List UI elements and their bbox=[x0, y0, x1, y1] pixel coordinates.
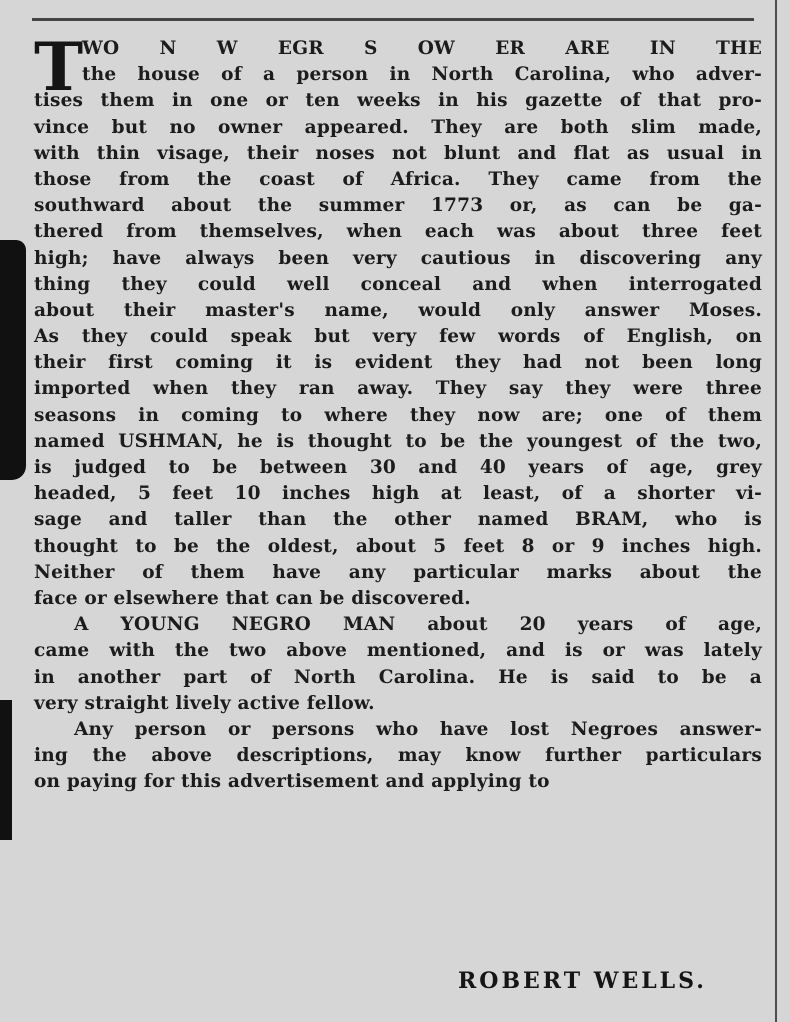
text-line: Neither of them have any particular mark… bbox=[34, 560, 762, 586]
paragraph-2: A YOUNG NEGRO MAN about 20 years of age,… bbox=[34, 612, 762, 717]
top-column-rule bbox=[32, 18, 754, 21]
text-line: about their master's name, would only an… bbox=[34, 298, 762, 324]
text-line: very straight lively active fellow. bbox=[34, 691, 762, 717]
text-line: high; have always been very cautious in … bbox=[34, 246, 762, 272]
text-line: the house of a person in North Carolina,… bbox=[34, 62, 762, 88]
text-line: ing the above descriptions, may know fur… bbox=[34, 743, 762, 769]
text-line: thered from themselves, when each was ab… bbox=[34, 219, 762, 245]
text-line: those from the coast of Africa. They cam… bbox=[34, 167, 762, 193]
signature: ROBERT WELLS. bbox=[458, 968, 707, 994]
text-line: seasons in coming to where they now are;… bbox=[34, 403, 762, 429]
text-line: sage and taller than the other named BRA… bbox=[34, 507, 762, 533]
text-line: on paying for this advertisement and app… bbox=[34, 769, 762, 795]
text-line: came with the two above mentioned, and i… bbox=[34, 638, 762, 664]
text-line: is judged to be between 30 and 40 years … bbox=[34, 455, 762, 481]
text-line: vince but no owner appeared. They are bo… bbox=[34, 115, 762, 141]
text-line: southward about the summer 1773 or, as c… bbox=[34, 193, 762, 219]
text-line: in another part of North Carolina. He is… bbox=[34, 665, 762, 691]
text-line: face or elsewhere that can be discovered… bbox=[34, 586, 762, 612]
adjacent-column-illustration-fragment bbox=[0, 700, 12, 840]
text-line: named USHMAN, he is thought to be the yo… bbox=[34, 429, 762, 455]
text-line: A YOUNG NEGRO MAN about 20 years of age, bbox=[34, 612, 762, 638]
text-line: thought to be the oldest, about 5 feet 8… bbox=[34, 534, 762, 560]
paragraph-3: Any person or persons who have lost Negr… bbox=[34, 717, 762, 796]
drop-cap: T bbox=[34, 38, 83, 96]
text-line: imported when they ran away. They say th… bbox=[34, 376, 762, 402]
text-line: As they could speak but very few words o… bbox=[34, 324, 762, 350]
paragraph-1: T WO N W EGR S OW ER ARE IN THE the hous… bbox=[34, 36, 762, 612]
text-line: thing they could well conceal and when i… bbox=[34, 272, 762, 298]
text-line: Any person or persons who have lost Negr… bbox=[34, 717, 762, 743]
advertisement-body: T WO N W EGR S OW ER ARE IN THE the hous… bbox=[34, 36, 762, 795]
adjacent-column-illustration bbox=[0, 240, 26, 480]
text-line: tises them in one or ten weeks in his ga… bbox=[34, 88, 762, 114]
text-line: their first coming it is evident they ha… bbox=[34, 350, 762, 376]
text-line: headed, 5 feet 10 inches high at least, … bbox=[34, 481, 762, 507]
column-divider-rule bbox=[775, 0, 777, 1022]
text-line: with thin visage, their noses not blunt … bbox=[34, 141, 762, 167]
text-line: WO N W EGR S OW ER ARE IN THE bbox=[34, 36, 762, 62]
